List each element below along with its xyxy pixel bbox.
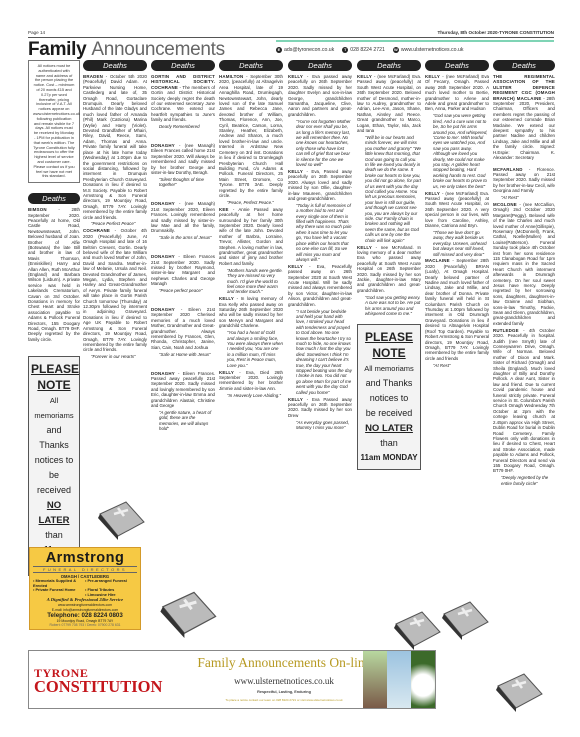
- section-header-deaths: Deaths: [83, 60, 147, 71]
- banner-headline: Family Announcements On-line: [179, 655, 389, 671]
- death-notice: KELLY - nee McFarland. In loving memory …: [357, 245, 421, 294]
- bible-icon: [96, 500, 146, 540]
- page-title: Family Announcements: [28, 40, 225, 60]
- death-notice: DONAGHY - (nee Managh) Eileen Frances ca…: [151, 143, 215, 175]
- section-header-deaths: Deaths: [425, 60, 489, 71]
- death-notice: KELLY - In loving memory of Eva Kelly wh…: [219, 296, 283, 328]
- column-5: Deaths KELLY - Eva passed away peacefull…: [288, 60, 352, 432]
- banner-photos: [363, 651, 435, 708]
- column-1: All notices must be authenticated with n…: [28, 60, 80, 584]
- page-number: Page 14: [28, 30, 45, 35]
- section-header-deaths: Deaths: [357, 60, 421, 71]
- death-notice: BRADEN - October 5th 2020 (Peacefully) D…: [83, 74, 147, 220]
- bible-icon: [440, 600, 490, 640]
- online-announcements-banner[interactable]: TYRONE CONSTITUTION Family Announcements…: [28, 650, 436, 709]
- death-notice: KELLY - (nee McFarland) Eva. Passed away…: [425, 191, 489, 229]
- death-notice: MACLAINE - September 28th 2020 (Peaceful…: [425, 258, 489, 361]
- info-box: All notices must be authenticated with n…: [28, 60, 80, 183]
- bible-icon: [158, 590, 218, 638]
- please-note-box: PLEASE NOTE All memoriams and Thanks not…: [357, 324, 421, 470]
- death-notice: MCGLONE - (nee McCallion, Omagh) 2nd Oct…: [493, 202, 555, 326]
- please-note-box: PLEASE NOTE All memoriams and Thanks not…: [28, 356, 80, 576]
- column-6: Deaths KELLY - (nee McFarland) Eva. Pass…: [357, 60, 421, 478]
- column-4: Deaths HAMILTON - September 30th 2020, (…: [219, 60, 283, 400]
- bible-icon: [494, 672, 544, 712]
- column-3: Deaths GORTIN AND DISTRICT HISTORICAL SO…: [151, 60, 215, 433]
- death-notice: GORTIN AND DISTRICT HISTORICAL SOCIETY. …: [151, 74, 215, 123]
- banner-slogan: Respectful, Lasting, Enduring: [179, 690, 389, 694]
- phone-icon: T: [342, 47, 348, 53]
- death-notice: COCHRANE - October 4th 2020 (Peacefully)…: [83, 228, 147, 352]
- banner-url[interactable]: www.ulsternetnotices.co.uk: [179, 676, 389, 686]
- ad-brand: Armstrong: [30, 550, 140, 566]
- ad-services: • Memorials Supplied & Erected • Pre-arr…: [30, 579, 140, 597]
- column-8: Deaths THE REGIMENTAL ASSOCIATION OF THE…: [493, 60, 555, 488]
- column-2: Deaths BRADEN - October 5th 2020 (Peacef…: [83, 60, 147, 361]
- death-notice: KELLY - (nee McFarland) Eva. Passed away…: [357, 74, 421, 133]
- death-notice: KELLY - Eva Passed away peacefully on 26…: [288, 397, 352, 419]
- death-notice: KELLY - Eva, Passed away peacefully on 2…: [288, 169, 352, 201]
- armstrong-funeral-ad[interactable]: Armstrong FUNERAL DIRECTORS OMAGH / CAST…: [29, 547, 141, 630]
- web-contact[interactable]: Wwww.ulsternetnotices.co.uk: [393, 47, 464, 53]
- contact-bar: Eads@tyronecon.co.uk T028 8224 2721 Wwww…: [276, 47, 463, 53]
- section-header-deaths: Deaths: [219, 60, 283, 71]
- phone-contact[interactable]: T028 8224 2721: [342, 47, 385, 53]
- banner-cta: To place a notice contact our team on 02…: [179, 698, 389, 702]
- email-icon: E: [276, 47, 282, 53]
- death-notice: THE REGIMENTAL ASSOCIATION OF THE ULSTER…: [493, 74, 555, 161]
- section-header-deaths: Deaths: [288, 60, 352, 71]
- death-notice: KELLY - Eva passed away peacefully on 26…: [288, 74, 352, 117]
- death-notice: MCFARLAND - Florence. Passed away on 21s…: [493, 167, 555, 194]
- column-7: Deaths KELLY - (nee McFarland) Eva Of Fe…: [425, 60, 489, 370]
- bible-icon: [392, 610, 442, 650]
- section-header-deaths: Deaths: [493, 60, 555, 71]
- title-family: Family: [28, 39, 86, 60]
- death-notice: DONAGHY - (nee Managh) 21st September 20…: [151, 201, 215, 233]
- death-notice: KELLY - Eva, Peacefully passed away on 2…: [288, 264, 352, 307]
- page-header-bar: Page 14 Thursday, 8th October 2020-TYRON…: [28, 28, 554, 38]
- section-header-deaths: Deaths: [28, 193, 80, 204]
- title-announcements: Announcements: [91, 39, 224, 60]
- globe-icon: W: [393, 47, 399, 53]
- death-notice: RUTLEDGE - 4th October 2020. Peacefully …: [493, 328, 555, 474]
- death-notice: DONAGHY - Eileen Frances. Passed away pe…: [151, 371, 215, 409]
- accent-divider: [276, 40, 554, 42]
- death-notice: BIMSON - 28th September 2020. Peacefully…: [28, 207, 80, 342]
- publication-date: Thursday, 8th October 2020-TYRONE CONSTI…: [437, 30, 554, 35]
- death-notice: HAMILTON - September 30th 2020, (peacefu…: [219, 74, 283, 198]
- brand-constitution: CONSTITUTION: [34, 678, 162, 696]
- email-contact[interactable]: Eads@tyronecon.co.uk: [276, 47, 334, 53]
- death-notice: KEE - Annie Passed away peacefully at he…: [219, 207, 283, 266]
- death-notice: DONAGHY - Eileen Frances 21st September …: [151, 254, 215, 286]
- section-header-deaths: Deaths: [151, 60, 215, 71]
- death-notice: KELLY - (nee McFarland) Eva Of Fecarry, …: [425, 74, 489, 112]
- death-notice: DONAGHY - Eileen 21st September 2020 Che…: [151, 307, 215, 350]
- death-notice: KELLY - Eva, Died 26th September 2020. L…: [219, 370, 283, 392]
